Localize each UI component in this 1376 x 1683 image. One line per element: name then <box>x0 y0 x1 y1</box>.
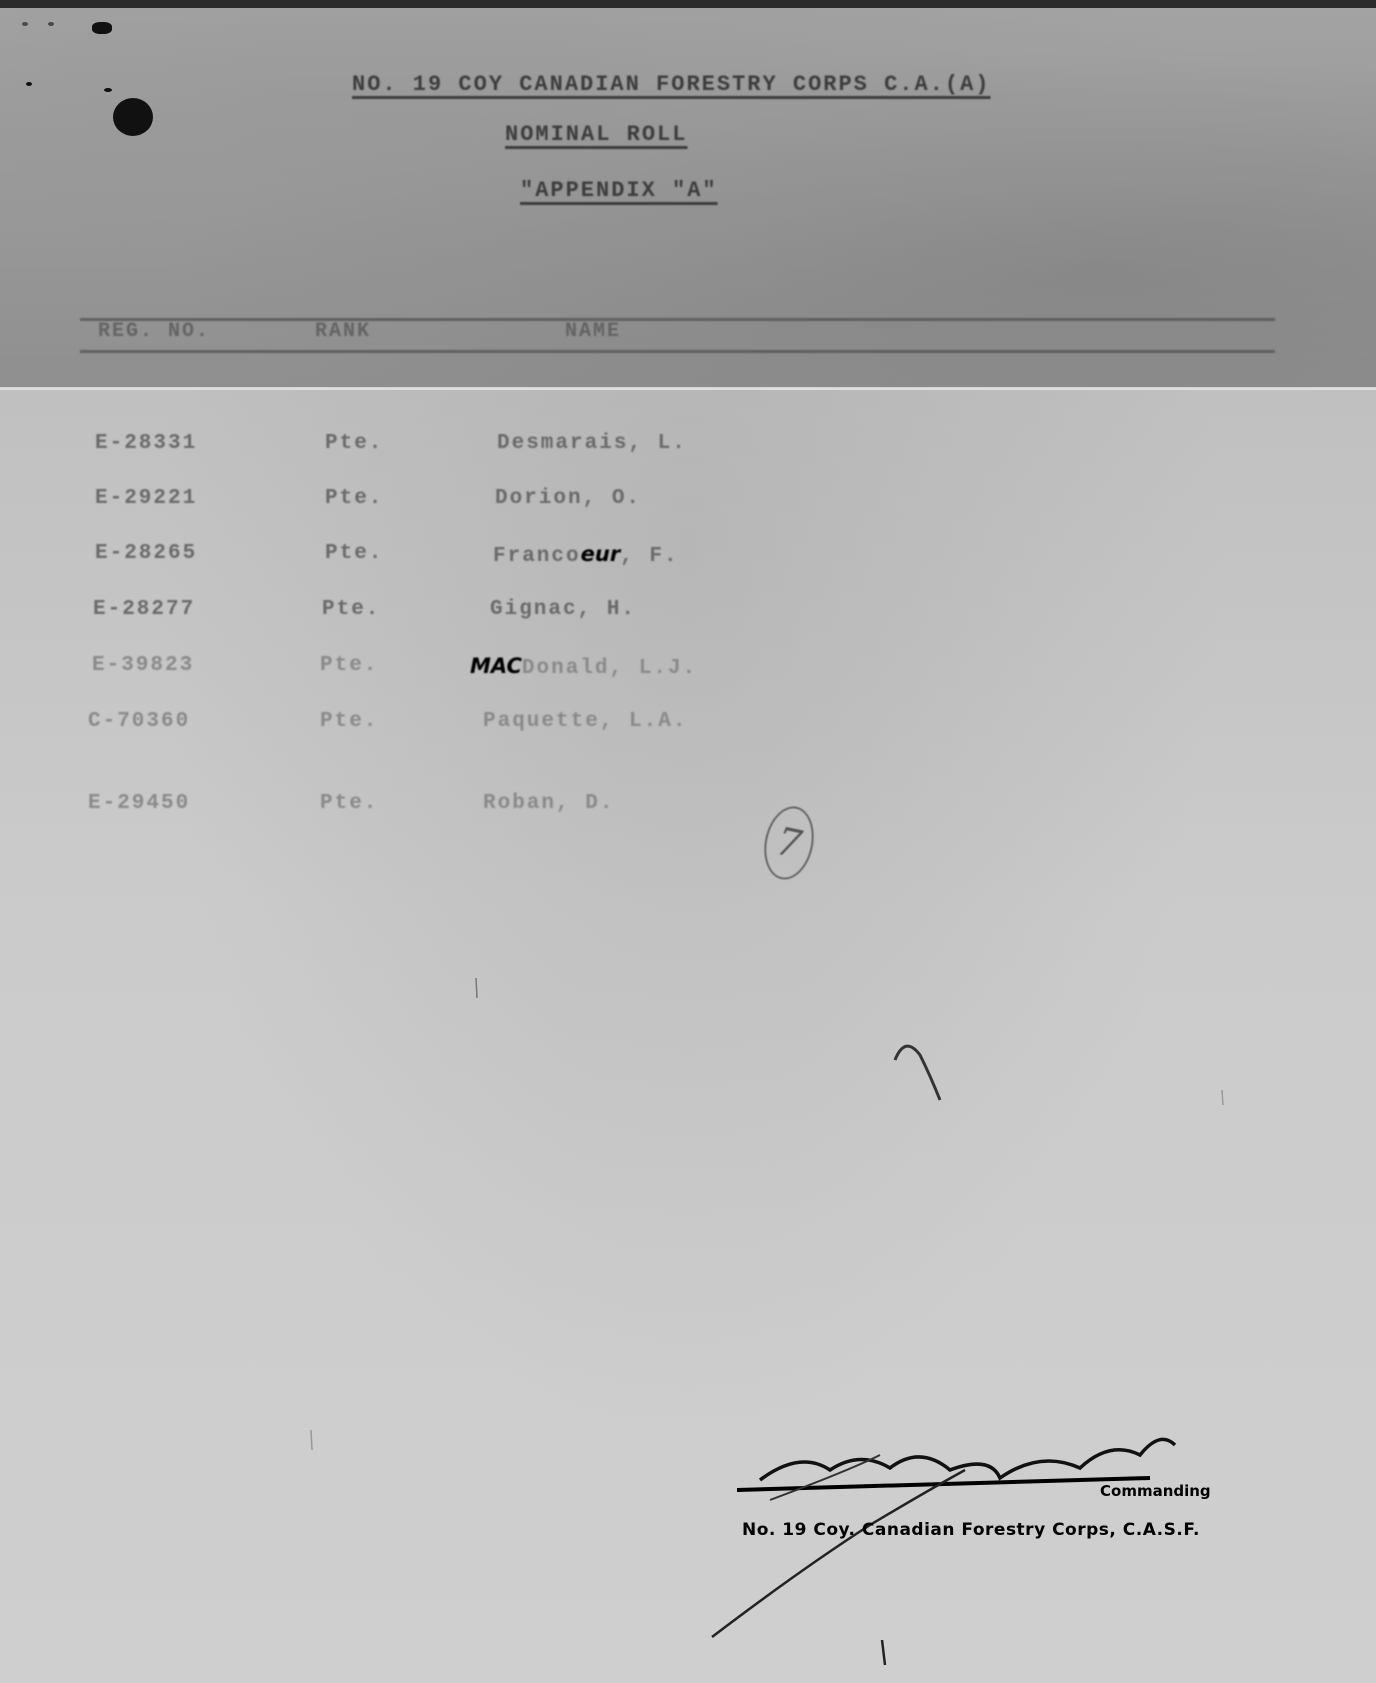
margin-tick <box>882 1640 885 1665</box>
margin-tick <box>1222 1090 1223 1105</box>
document-page: NO. 19 COY CANADIAN FORESTRY CORPS C.A.(… <box>0 0 1376 1683</box>
signature-flourish <box>712 1470 965 1637</box>
margin-tick <box>311 1430 312 1450</box>
stray-pen-stroke <box>895 1046 940 1100</box>
signatory-title: Commanding <box>1100 1482 1211 1500</box>
unit-stamp: No. 19 Coy. Canadian Forestry Corps, C.A… <box>742 1520 1200 1540</box>
margin-tick <box>476 978 477 998</box>
pen-marks <box>0 0 1376 1683</box>
